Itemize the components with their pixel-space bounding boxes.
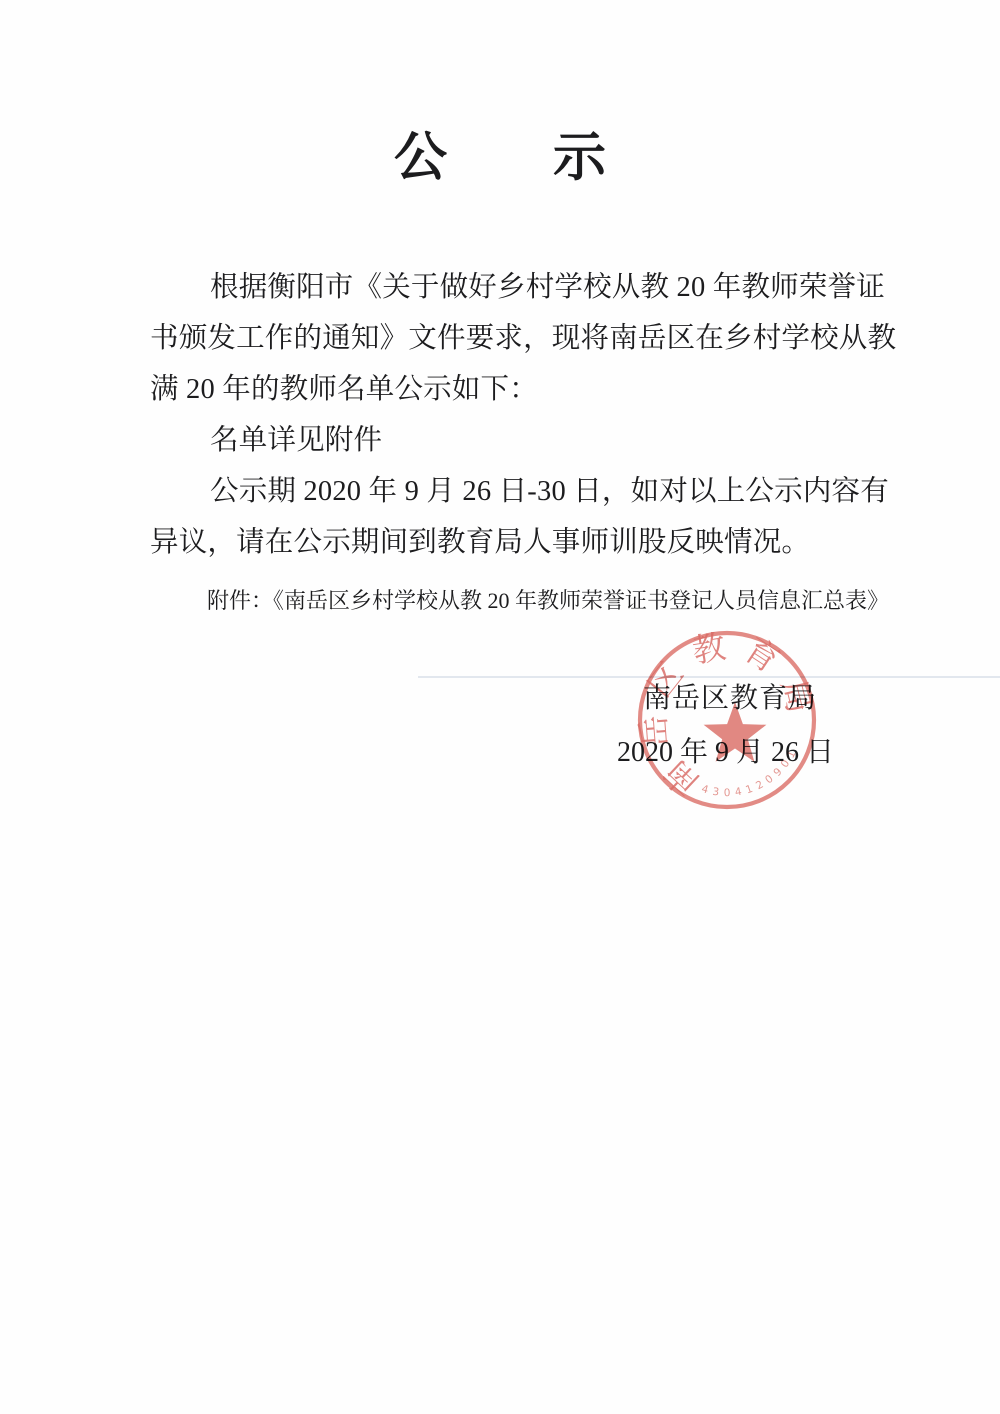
scan-artifact-line bbox=[418, 676, 1000, 678]
issue-date: 2020 年 9 月 26 日 bbox=[617, 737, 834, 769]
body-line: 书颁发工作的通知》文件要求，现将南岳区在乡村学校从教 bbox=[150, 313, 874, 364]
body-line: 名单详见附件 bbox=[150, 415, 874, 466]
body-line: 公示期 2020 年 9 月 26 日-30 日，如对以上公示内容有 bbox=[150, 466, 874, 517]
page-title: 公 示 bbox=[0, 132, 1000, 185]
body-text: 根据衡阳市《关于做好乡村学校从教 20 年教师荣誉证 书颁发工作的通知》文件要求… bbox=[150, 262, 874, 568]
body-line: 根据衡阳市《关于做好乡村学校从教 20 年教师荣誉证 bbox=[150, 262, 874, 313]
official-seal: 南岳区教育局 4304120901 bbox=[618, 610, 850, 842]
title-char-1: 公 bbox=[394, 132, 447, 185]
body-line: 满 20 年的教师名单公示如下： bbox=[150, 364, 874, 415]
attachment-line: 附件：《南岳区乡村学校从教 20 年教师荣誉证书登记人员信息汇总表》 bbox=[150, 586, 967, 616]
body-line: 异议，请在公示期间到教育局人事师训股反映情况。 bbox=[150, 517, 874, 568]
title-char-2: 示 bbox=[553, 132, 606, 185]
issuer-signature: 南岳区教育局 bbox=[643, 683, 817, 715]
document-page: 公 示 根据衡阳市《关于做好乡村学校从教 20 年教师荣誉证 书颁发工作的通知》… bbox=[0, 0, 1000, 1414]
seal-ring bbox=[640, 633, 814, 807]
